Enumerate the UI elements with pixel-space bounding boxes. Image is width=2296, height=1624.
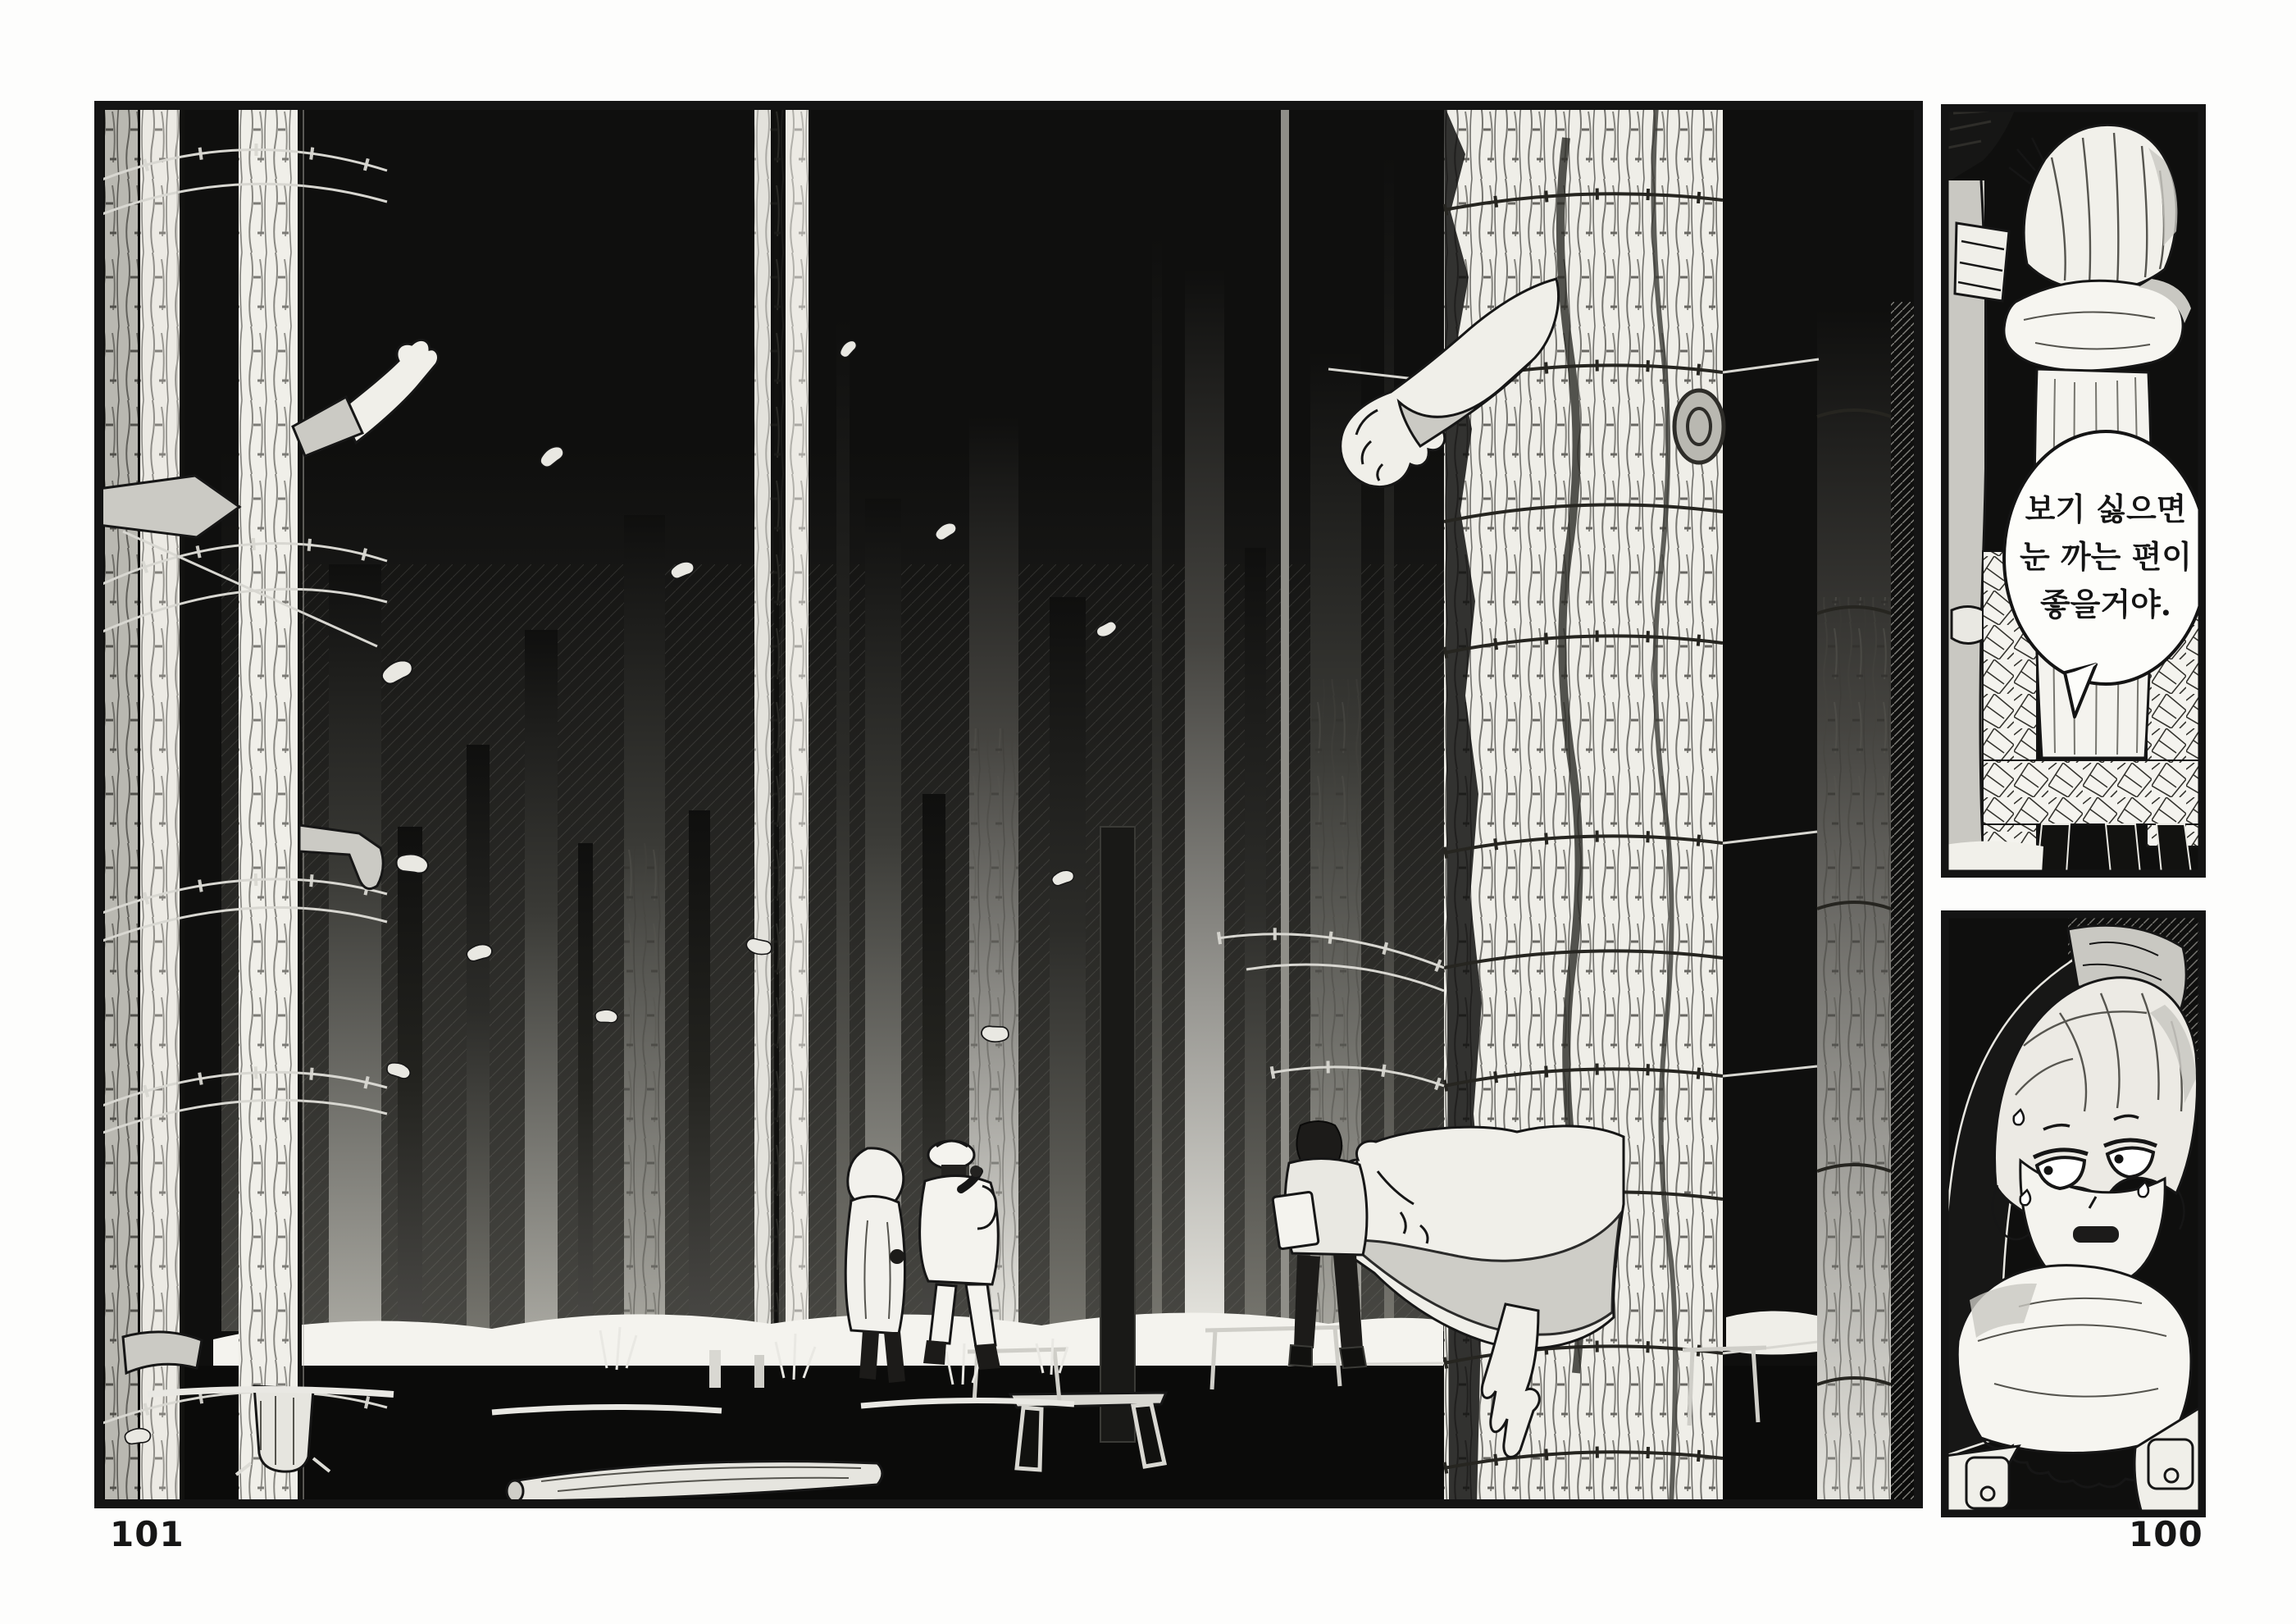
page-number-right: 100 [2129, 1514, 2203, 1554]
open-mouth [2073, 1226, 2119, 1243]
page-number-left: 101 [110, 1514, 184, 1554]
speech-line-1: 보기 싫으면 [2025, 490, 2187, 527]
panel-speaker: 보기 싫으면 눈 까는 편이 좋을거야. [1945, 108, 2202, 874]
forest-scene-art [98, 105, 1919, 1504]
legs-in-dark [2037, 824, 2191, 874]
front-dark-tree [1100, 827, 1135, 1442]
right-edge-trunk [1817, 302, 1919, 1504]
speech-line-2: 눈 까는 편이 [2020, 538, 2192, 575]
worried-face-art [1945, 915, 2202, 1513]
speech-line-3: 좋을거야. [2040, 586, 2171, 623]
speaker-panel-art: 보기 싫으면 눈 까는 편이 좋을거야. [1945, 108, 2202, 874]
white-scarf [2004, 281, 2183, 371]
panel-worried-face [1945, 915, 2202, 1513]
panel-forest [98, 105, 1919, 1504]
manga-double-page-spread: 보기 싫으면 눈 까는 편이 좋을거야. [0, 0, 2296, 1624]
snow-at-feet [1945, 841, 2043, 874]
